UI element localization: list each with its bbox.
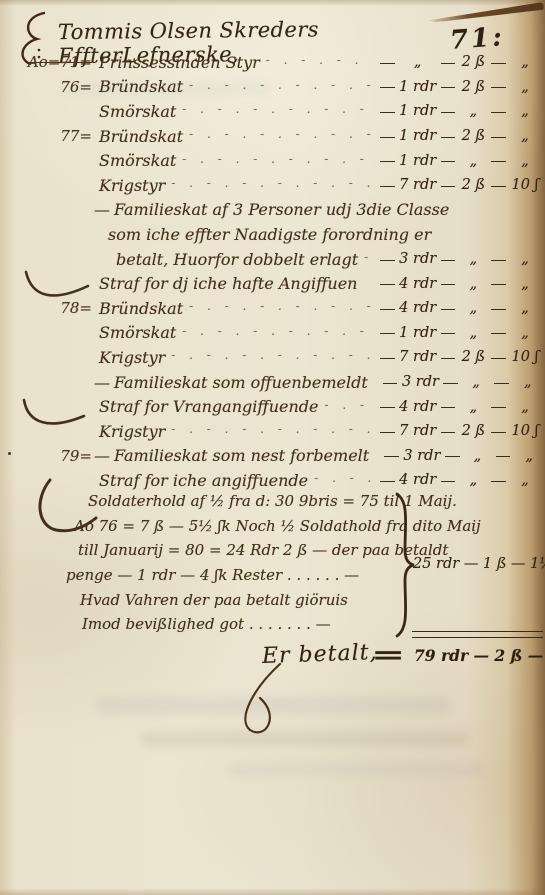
amounts-group: 1 rdr 2 ß „ (377, 79, 541, 95)
entry-label: Straf for iche angiffuende (99, 471, 308, 490)
dash (380, 87, 395, 88)
amount-rdr: 7 rdr (398, 349, 438, 365)
block-line: Hvad Vahren der paa betalt giöruis (80, 591, 390, 616)
ledger-row: Krigstyr - . - . - . - . - . - . - . - .… (26, 419, 541, 444)
dot-leader: - . - . - . - . - . - . - . - . - . - . … (314, 471, 371, 485)
amount-rdr: 1 rdr (398, 103, 438, 119)
amounts-group: 1 rdr 2 ß „ (377, 128, 541, 144)
block-line: Ao 76 = 7 ß — 5½ ʃk Noch ½ Soldathold fr… (74, 517, 390, 542)
sum-rule (412, 631, 543, 638)
amount-ort: 2 ß (458, 349, 488, 365)
dash (491, 137, 506, 138)
dash (491, 407, 506, 408)
ledger-row: Krigstyr - . - . - . - . - . - . - . - .… (26, 173, 541, 198)
dash (494, 383, 509, 384)
dash (441, 432, 456, 433)
dash (491, 186, 506, 187)
amount-rdr: 4 rdr (398, 472, 438, 488)
amount-rdr: 7 rdr (398, 177, 438, 193)
show-through-line (228, 763, 483, 776)
ledger-row: Smörskat - . - . - . - . - . - . - . - .… (26, 321, 541, 346)
amount-skilling: „ (513, 448, 545, 464)
entry-label: betalt, Huorfor dobbelt erlagt (116, 250, 358, 269)
entry-label: Krigstyr (99, 422, 165, 441)
amount-ort: „ (458, 153, 488, 169)
entry-label: Krigstyr (99, 348, 165, 367)
amount-rdr: „ (398, 54, 438, 70)
amount-ort: „ (463, 448, 493, 464)
dash (383, 383, 398, 384)
ledger-row: Straf for Vrangangiffuende - . - . - . -… (26, 394, 541, 419)
ledger-row: 78= Bründskat - . - . - . - . - . - . - … (26, 296, 541, 321)
dash (491, 87, 506, 88)
entry-label: Straf for Vrangangiffuende (99, 397, 319, 416)
amount-skilling: 10 ʃ (509, 423, 541, 439)
amount-skilling: 10 ʃ (509, 177, 541, 193)
dash (441, 63, 456, 64)
dot-leader: - . - . - . - . - . - . - . - . - . - . … (182, 102, 371, 116)
dash (380, 161, 395, 162)
dash (380, 186, 395, 187)
block-sum: 25 rdr — 1 ß — 1½ ʃ (413, 556, 545, 572)
amount-rdr: 1 rdr (398, 153, 438, 169)
amount-rdr: 3 rdr (402, 448, 442, 464)
dash (441, 309, 456, 310)
ledger-row: 77= Bründskat - . - . - . - . - . - . - … (26, 124, 541, 149)
descender-loop-icon (228, 660, 300, 738)
amount-ort: 2 ß (458, 79, 488, 95)
entry-label: som iche effter Naadigste forordning er (108, 225, 431, 244)
year-label: 77= (26, 127, 94, 145)
dot-leader: - . - . - . - . - . - . - . - . - . - . … (171, 422, 371, 436)
dash (380, 358, 395, 359)
amount-ort: 2 ß (458, 423, 488, 439)
amount-skilling: „ (509, 128, 541, 144)
dot-leader: - . - . - . - . - . - . - . - . - . - . … (325, 398, 372, 412)
entry-label: Prinssessinden Styr (99, 53, 260, 72)
dash (441, 333, 456, 334)
dot-leader: - . - . - . - . - . - . - . - . - . - . … (266, 53, 371, 67)
dot-leader: - . - . - . - . - . - . - . - . - . - . … (171, 348, 371, 362)
amount-skilling: „ (509, 472, 541, 488)
dot-leader: - . - . - . - . - . - . - . - . - . - . … (182, 152, 371, 166)
year-label: 79= (26, 447, 94, 465)
dash (443, 383, 458, 384)
amount-skilling: „ (509, 251, 541, 267)
dash (491, 333, 506, 334)
amount-rdr: 4 rdr (398, 276, 438, 292)
dash (441, 358, 456, 359)
dash (491, 481, 506, 482)
dash (441, 137, 456, 138)
amount-ort: 2 ß (458, 128, 488, 144)
amounts-group: 1 rdr „ „ (377, 153, 541, 169)
amounts-group: 4 rdr „ „ (377, 300, 541, 316)
ledger-entries: Ao=71= Prinssessinden Styr - . - . - . -… (26, 50, 541, 493)
entry-label: Familieskat som nest forbemelt (114, 446, 369, 465)
prefix-dash: — (94, 373, 109, 392)
dash (380, 333, 395, 334)
amounts-group: 4 rdr „ „ (377, 472, 541, 488)
entry-label: Smörskat (99, 151, 176, 170)
ledger-row: 76= Bründskat - . - . - . - . - . - . - … (26, 75, 541, 100)
amount-rdr: 4 rdr (398, 300, 438, 316)
amount-skilling: „ (509, 153, 541, 169)
amounts-group: 3 rdr „ „ (381, 448, 545, 464)
amount-skilling: „ (509, 325, 541, 341)
amount-rdr: 4 rdr (398, 399, 438, 415)
amount-skilling: „ (509, 79, 541, 95)
dash (380, 137, 395, 138)
ink-dot (8, 452, 11, 455)
ledger-row: Straf for iche angiffuende - . - . - . -… (26, 468, 541, 493)
ledger-row: — Familieskat som offuenbemeldt - . - . … (26, 370, 541, 395)
amount-rdr: 3 rdr (398, 251, 438, 267)
amount-ort: „ (461, 374, 491, 390)
dash (441, 481, 456, 482)
dash (384, 456, 399, 457)
margin-flourish-icon (22, 268, 92, 306)
dash (445, 456, 460, 457)
amounts-group: 4 rdr „ „ (377, 276, 541, 292)
amount-rdr: 1 rdr (398, 79, 438, 95)
dash (441, 186, 456, 187)
amount-skilling: „ (509, 399, 541, 415)
entry-label: Smörskat (99, 102, 176, 121)
amount-rdr: 7 rdr (398, 423, 438, 439)
dash (441, 112, 456, 113)
block-line: penge — 1 rdr — 4 ʃk Rester . . . . . . … (66, 566, 390, 591)
block-line: Imod bevißlighed got . . . . . . . — (82, 615, 390, 640)
entry-label: Bründskat (99, 299, 183, 318)
dash (491, 161, 506, 162)
amount-rdr: 1 rdr (398, 325, 438, 341)
amount-rdr: 3 rdr (400, 374, 440, 390)
dash (491, 309, 506, 310)
dash (380, 63, 395, 64)
dash (491, 112, 506, 113)
ledger-row: — Familieskat af 3 Personer udj 3die Cla… (26, 198, 541, 223)
entry-label: Bründskat (99, 127, 183, 146)
dot-leader: - . - . - . - . - . - . - . - . - . - . … (364, 250, 371, 264)
show-through-line (140, 731, 470, 746)
ledger-row: Krigstyr - . - . - . - . - . - . - . - .… (26, 345, 541, 370)
ledger-row: Smörskat - . - . - . - . - . - . - . - .… (26, 99, 541, 124)
dash (380, 309, 395, 310)
dash (380, 284, 395, 285)
amount-skilling: „ (509, 300, 541, 316)
soldaterhold-block: Soldaterhold af ½ fra d: 30 9bris = 75 t… (74, 492, 390, 640)
dash (380, 432, 395, 433)
amount-ort: „ (458, 103, 488, 119)
amounts-group: 1 rdr „ „ (377, 103, 541, 119)
margin-flourish-icon (20, 396, 90, 434)
block-line: Soldaterhold af ½ fra d: 30 9bris = 75 t… (88, 492, 390, 517)
dot-leader: - . - . - . - . - . - . - . - . - . - . … (171, 176, 371, 190)
entry-label: Krigstyr (99, 176, 165, 195)
entry-label: Familieskat af 3 Personer udj 3die Class… (114, 200, 449, 219)
prefix-dash: — (94, 200, 109, 219)
amount-skilling: 10 ʃ (509, 349, 541, 365)
dash (491, 432, 506, 433)
amounts-group: 7 rdr 2 ß 10 ʃ (377, 423, 541, 439)
dash (496, 456, 511, 457)
amount-rdr: 1 rdr (398, 128, 438, 144)
amount-ort: „ (458, 325, 488, 341)
dash (380, 260, 395, 261)
amounts-group: 7 rdr 2 ß 10 ʃ (377, 349, 541, 365)
prefix-dash: — (94, 446, 109, 465)
dash (380, 407, 395, 408)
ledger-row: Ao=71= Prinssessinden Styr - . - . - . -… (26, 50, 541, 75)
amounts-group: 3 rdr „ „ (377, 251, 541, 267)
ledger-row: Smörskat - . - . - . - . - . - . - . - .… (26, 148, 541, 173)
amounts-group: 3 rdr „ „ (380, 374, 544, 390)
dash (441, 260, 456, 261)
ledger-row: som iche effter Naadigste forordning er (26, 222, 541, 247)
amount-ort: „ (458, 251, 488, 267)
dash (441, 87, 456, 88)
dash (380, 481, 395, 482)
manuscript-page: 71: Tommis Olsen Skreders EffterLefnersk… (0, 0, 545, 895)
dash (491, 358, 506, 359)
amount-skilling: „ (512, 374, 544, 390)
amount-ort: „ (458, 300, 488, 316)
amount-ort: 2 ß (458, 54, 488, 70)
amounts-group: 7 rdr 2 ß 10 ʃ (377, 177, 541, 193)
year-label: Ao=71= (26, 53, 94, 71)
amount-skilling: „ (509, 103, 541, 119)
dot-leader: - . - . - . - . - . - . - . - . - . - . … (189, 299, 371, 313)
ledger-row: Straf for dj iche hafte Angiffuen 4 rdr … (26, 271, 541, 296)
amount-ort: „ (458, 399, 488, 415)
year-label: 76= (26, 78, 94, 96)
dot-leader: - . - . - . - . - . - . - . - . - . - . … (182, 324, 371, 338)
ledger-row: 79= — Familieskat som nest forbemelt - .… (26, 444, 541, 469)
entry-label: Straf for dj iche hafte Angiffuen (99, 274, 357, 293)
amounts-group: 4 rdr „ „ (377, 399, 541, 415)
amount-skilling: „ (509, 276, 541, 292)
amounts-group: 1 rdr „ „ (377, 325, 541, 341)
dash (491, 260, 506, 261)
amount-ort: „ (458, 276, 488, 292)
total-amount: 79 rdr — 2 ß — 7½ ʃ (414, 646, 545, 665)
total-equals: = (371, 640, 405, 669)
amount-ort: 2 ß (458, 177, 488, 193)
entry-label: Smörskat (99, 323, 176, 342)
dash (441, 161, 456, 162)
dash (441, 284, 456, 285)
dot-leader: - . - . - . - . - . - . - . - . - . - . … (189, 127, 371, 141)
amounts-group: „ 2 ß „ (377, 54, 541, 70)
entry-label: Familieskat som offuenbemeldt (114, 373, 368, 392)
block-line: till Januarij = 80 = 24 Rdr 2 ß — der pa… (78, 541, 390, 566)
dot-leader: - . - . - . - . - . - . - . - . - . - . … (189, 78, 371, 92)
dash (441, 407, 456, 408)
dash (491, 63, 506, 64)
amount-ort: „ (458, 472, 488, 488)
amount-skilling: „ (509, 54, 541, 70)
dash (491, 284, 506, 285)
ledger-row: betalt, Huorfor dobbelt erlagt - . - . -… (26, 247, 541, 272)
dash (380, 112, 395, 113)
entry-label: Bründskat (99, 77, 183, 96)
